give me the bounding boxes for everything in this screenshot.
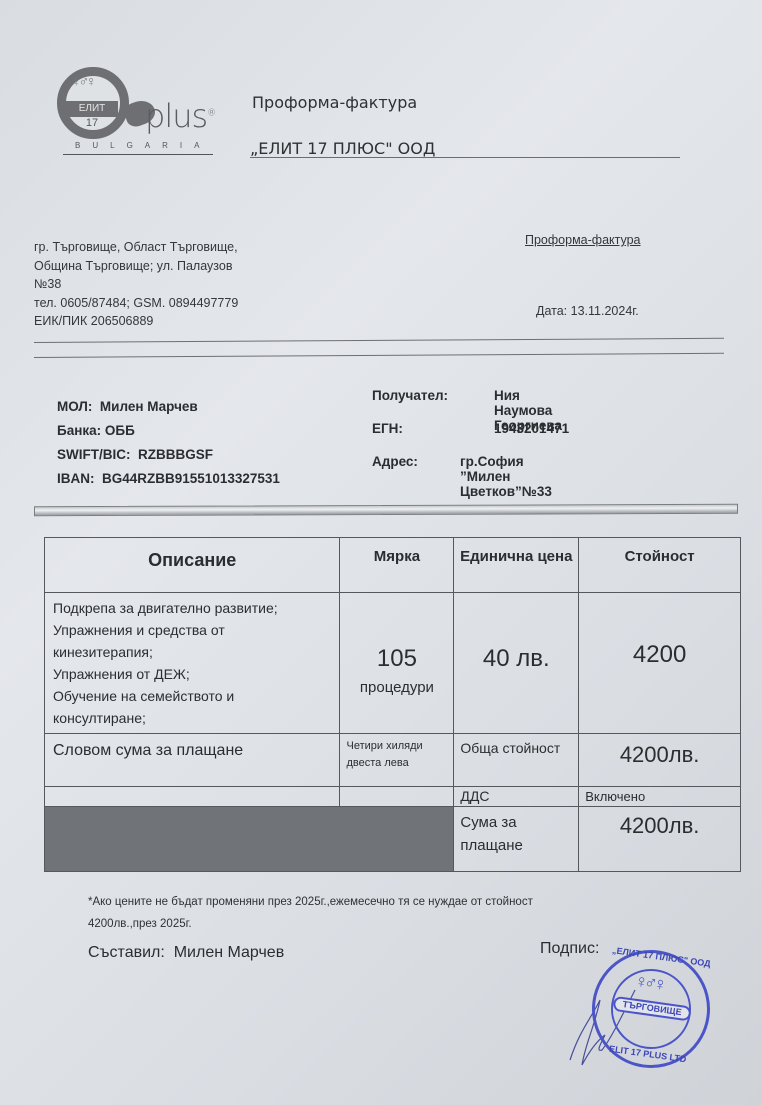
trademark-symbol: ® bbox=[207, 108, 215, 118]
company-name: „ЕЛИТ 17 ПЛЮС" ООД bbox=[250, 139, 435, 158]
eik-line: ЕИК/ПИК 206506889 bbox=[34, 312, 238, 331]
people-icon: ♀♂♀ bbox=[71, 73, 94, 89]
total-value: 4200лв. bbox=[579, 807, 741, 872]
swift-row: SWIFT/BIC: RZBBBGSF bbox=[57, 443, 280, 467]
logo-underline bbox=[63, 154, 213, 155]
vat-row: ДДС Включено bbox=[45, 787, 741, 807]
amount-in-words-value: Четири хиляди двеста лева bbox=[340, 734, 454, 787]
egn-value: 1943201471 bbox=[494, 421, 569, 436]
iban-row: IBAN: BG44RZBB91551013327531 bbox=[57, 467, 280, 491]
subtotal-label: Обща стойност bbox=[454, 734, 579, 787]
column-header-description: Описание bbox=[45, 538, 340, 593]
logo-band-text: ЕЛИТ bbox=[66, 101, 118, 117]
stamp-top-text: „ЕЛИТ 17 ПЛЮС" ООД bbox=[606, 944, 716, 969]
column-header-unit: Мярка bbox=[340, 538, 454, 593]
item-description: Подкрепа за двигателно развитие; Упражне… bbox=[45, 593, 340, 734]
total-row: Сума за плащане 4200лв. bbox=[45, 807, 741, 872]
address-value: гр.София ”Милен Цветков”№33 bbox=[460, 454, 552, 499]
swift-value: RZBBBGSF bbox=[138, 447, 213, 462]
column-header-value: Стойност bbox=[579, 538, 741, 593]
divider bbox=[34, 338, 724, 343]
logo-number: 17 bbox=[66, 117, 118, 129]
company-logo: ♀♂♀ ЕЛИТ 17 plus® BULGARIA bbox=[55, 65, 225, 155]
footnote-line: *Ако цените не бъдат променяни през 2025… bbox=[88, 891, 648, 913]
composed-name: Милен Марчев bbox=[174, 944, 284, 961]
document-type-underlined: Проформа-фактура bbox=[525, 233, 641, 247]
vat-value: Включено bbox=[579, 787, 741, 807]
address-line: гр. Търговище, Област Търговище, bbox=[34, 238, 238, 257]
address-line: №38 bbox=[34, 275, 238, 294]
issuer-address: гр. Търговище, Област Търговище, Община … bbox=[34, 238, 238, 331]
description-line: консултиране; bbox=[53, 707, 331, 729]
shaded-cell bbox=[45, 807, 454, 872]
address-line: Община Търговище; ул. Палаузов bbox=[34, 257, 238, 276]
logo-country: BULGARIA bbox=[75, 141, 215, 150]
divider bbox=[34, 353, 724, 358]
bank-row: Банка: ОББ bbox=[57, 419, 280, 443]
date-value: 13.11.2024г. bbox=[571, 304, 639, 318]
table-header-row: Описание Мярка Единична цена Стойност bbox=[45, 538, 741, 593]
empty-cell bbox=[340, 787, 454, 807]
column-header-unit-price: Единична цена bbox=[454, 538, 579, 593]
description-line: Упражнения от ДЕЖ; bbox=[53, 663, 331, 685]
item-unit: процедури bbox=[340, 679, 453, 696]
footnote: *Ако цените не бъдат променяни през 2025… bbox=[88, 891, 648, 935]
empty-cell bbox=[45, 787, 340, 807]
bank-value: ОББ bbox=[105, 423, 135, 438]
iban-value: BG44RZBB91551013327531 bbox=[102, 471, 280, 486]
total-label: Сума за плащане bbox=[454, 807, 579, 872]
composed-label: Съставил: bbox=[88, 944, 165, 961]
section-divider-bar bbox=[34, 504, 738, 516]
logo-wordmark: plus® bbox=[145, 97, 215, 135]
document-title: Проформа-фактура bbox=[252, 93, 417, 112]
item-value: 4200 bbox=[579, 593, 741, 734]
item-quantity-cell: 105 процедури bbox=[340, 593, 454, 734]
subtotal-value: 4200лв. bbox=[579, 734, 741, 787]
amount-in-words-row: Словом сума за плащане Четири хиляди две… bbox=[45, 734, 741, 787]
bank-label: Банка: bbox=[57, 423, 101, 438]
description-line: Обучение на семейството и bbox=[53, 685, 331, 707]
footnote-line: 4200лв.,през 2025г. bbox=[88, 913, 648, 935]
swift-label: SWIFT/BIC: bbox=[57, 447, 131, 462]
phone-line: тел. 0605/87484; GSM. 0894497779 bbox=[34, 294, 238, 313]
item-unit-price: 40 лв. bbox=[454, 593, 579, 734]
amount-in-words-label: Словом сума за плащане bbox=[45, 734, 340, 787]
document-date: Дата: 13.11.2024г. bbox=[536, 304, 639, 318]
signature-label: Подпис: bbox=[540, 940, 599, 958]
egn-label: ЕГН: bbox=[372, 421, 403, 436]
vat-label: ДДС bbox=[454, 787, 579, 807]
people-icon: ♀♂♀ bbox=[633, 971, 664, 996]
logo-wordmark-text: plus bbox=[145, 97, 207, 135]
description-line: Подкрепа за двигателно развитие; bbox=[53, 597, 331, 619]
item-quantity: 105 bbox=[340, 645, 453, 673]
composed-by: Съставил: Милен Марчев bbox=[88, 944, 284, 962]
description-line: кинезитерапия; bbox=[53, 641, 331, 663]
invoice-table: Описание Мярка Единична цена Стойност По… bbox=[44, 537, 741, 872]
description-line: Упражнения и средства от bbox=[53, 619, 331, 641]
mol-row: МОЛ: Милен Марчев bbox=[57, 395, 280, 419]
mol-value: Милен Марчев bbox=[100, 399, 198, 414]
iban-label: IBAN: bbox=[57, 471, 95, 486]
recipient-label: Получател: bbox=[372, 388, 448, 403]
divider bbox=[250, 157, 680, 158]
issuer-details: МОЛ: Милен Марчев Банка: ОББ SWIFT/BIC: … bbox=[57, 395, 280, 491]
mol-label: МОЛ: bbox=[57, 399, 92, 414]
table-row: Подкрепа за двигателно развитие; Упражне… bbox=[45, 593, 741, 734]
address-label: Адрес: bbox=[372, 454, 418, 469]
date-label: Дата: bbox=[536, 304, 567, 318]
